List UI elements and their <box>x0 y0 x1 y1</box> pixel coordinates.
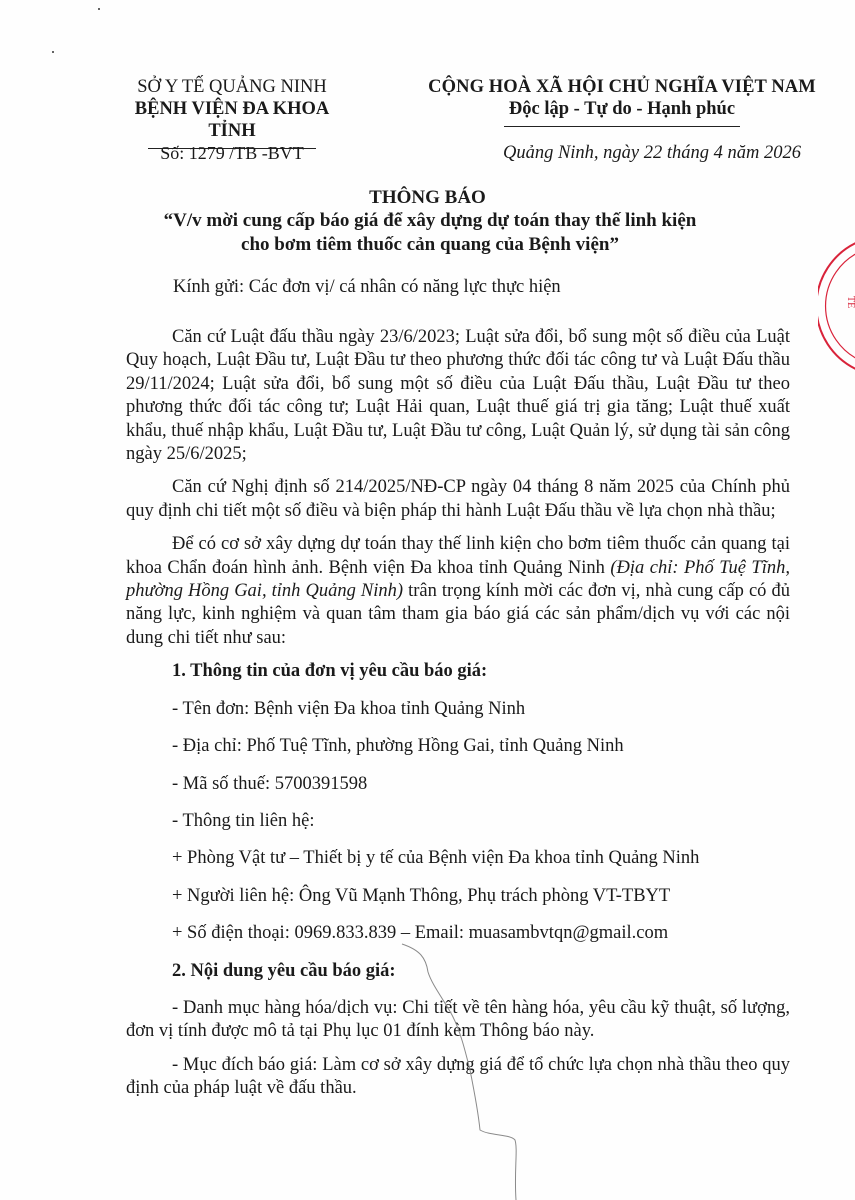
list-item: - Địa chỉ: Phố Tuệ Tĩnh, phường Hồng Gai… <box>172 735 790 758</box>
document-number: Số: 1279 /TB -BVT <box>118 143 346 164</box>
section-2-heading: 2. Nội dung yêu cầu báo giá: <box>172 960 790 983</box>
legal-basis-paragraph: Căn cứ Luật đấu thầu ngày 23/6/2023; Luậ… <box>126 326 790 466</box>
list-item: - Tên đơn: Bệnh viện Đa khoa tỉnh Quảng … <box>172 698 790 721</box>
list-item: - Danh mục hàng hóa/dịch vụ: Chi tiết về… <box>126 997 790 1044</box>
list-item: + Phòng Vật tư – Thiết bị y tế của Bệnh … <box>172 847 790 870</box>
document-subject: “V/v mời cung cấp báo giá để xây dựng dự… <box>150 209 710 257</box>
list-item: - Mục đích báo giá: Làm cơ sở xây dựng g… <box>126 1054 790 1101</box>
stamp-text: TẾ <box>845 296 855 308</box>
invitation-paragraph: Để có cơ sở xây dựng dự toán thay thế li… <box>126 533 790 650</box>
scan-speck <box>52 51 54 53</box>
issuer-block: SỞ Y TẾ QUẢNG NINH BỆNH VIỆN ĐA KHOA TỈN… <box>118 76 346 149</box>
section-1-heading: 1. Thông tin của đơn vị yêu cầu báo giá: <box>172 660 790 683</box>
document-page: SỞ Y TẾ QUẢNG NINH BỆNH VIỆN ĐA KHOA TỈN… <box>0 0 855 1200</box>
list-item: + Số điện thoại: 0969.833.839 – Email: m… <box>172 922 790 945</box>
national-header: CỘNG HOÀ XÃ HỘI CHỦ NGHĨA VIỆT NAM Độc l… <box>412 76 832 127</box>
department-name: SỞ Y TẾ QUẢNG NINH <box>118 76 346 98</box>
motto-underline <box>504 126 740 127</box>
document-title: THÔNG BÁO <box>0 186 855 209</box>
place-date: Quảng Ninh, ngày 22 tháng 4 năm 2026 <box>452 143 852 164</box>
scan-speck <box>98 8 100 10</box>
red-seal-stamp-icon: TẾ <box>818 236 855 376</box>
greeting: Kính gửi: Các đơn vị/ cá nhân có năng lự… <box>173 277 561 298</box>
list-item: + Người liên hệ: Ông Vũ Mạnh Thông, Phụ … <box>172 885 790 908</box>
decree-basis-paragraph: Căn cứ Nghị định số 214/2025/NĐ-CP ngày … <box>126 476 790 523</box>
list-item: - Thông tin liên hệ: <box>172 810 790 833</box>
document-body: Căn cứ Luật đấu thầu ngày 23/6/2023; Luậ… <box>126 326 790 1111</box>
national-motto: Độc lập - Tự do - Hạnh phúc <box>412 98 832 120</box>
list-item: - Mã số thuế: 5700391598 <box>172 773 790 796</box>
nation-name: CỘNG HOÀ XÃ HỘI CHỦ NGHĨA VIỆT NAM <box>412 76 832 98</box>
organization-name: BỆNH VIỆN ĐA KHOA TỈNH <box>118 98 346 142</box>
